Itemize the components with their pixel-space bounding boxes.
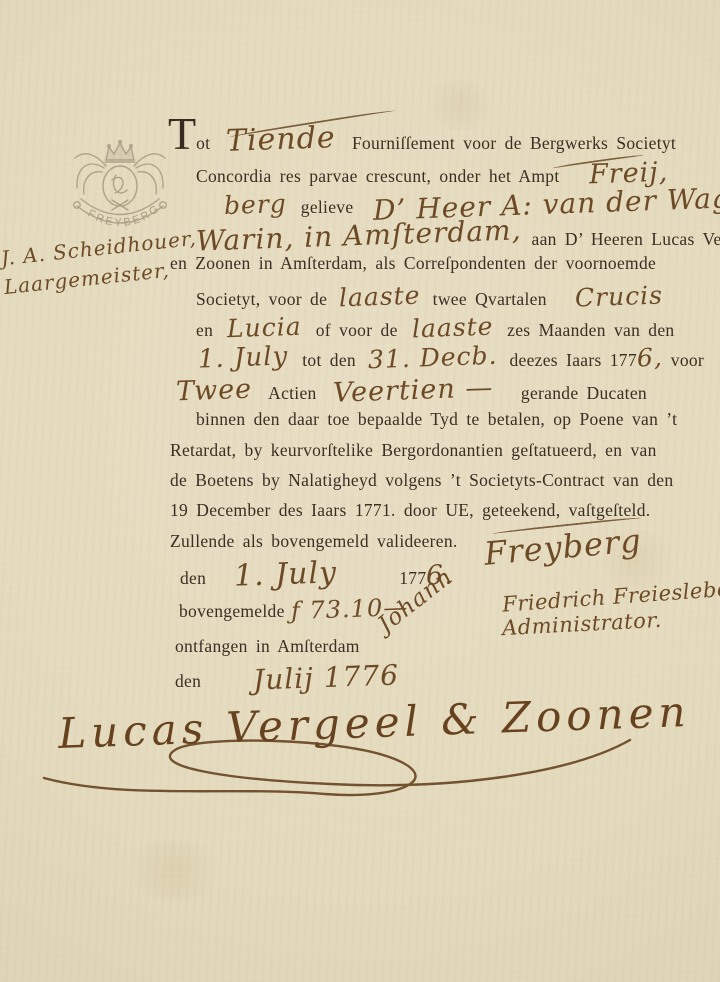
scanned-historical-document: { "colors": { "paper": "#e4dabd", "print… [0,0,720,982]
text-line-11: Retardat, by keurvorſtelike Bergordonant… [170,440,657,460]
printed-text: bovengemelde [179,601,285,621]
text-line-7: en Lucia of voor de laaste zes Maanden v… [196,314,674,343]
handwritten-entry: Lucia [227,313,303,344]
printed-text: den [180,568,206,588]
text-line-5: en Zoonen in Amſterdam, als Correſponden… [170,253,656,273]
printed-text: gerande Ducaten [521,383,647,403]
handwritten-entry: berg [224,190,288,221]
signature-flourish [30,722,650,832]
printed-text: 19 December des Iaars 1771. door UE, get… [170,500,650,520]
printed-text: en Zoonen in Amſterdam, als Correſponden… [170,253,656,273]
printed-text: ot [196,133,210,153]
text-line-10: binnen den daar toe bepaalde Tyd te beta… [196,409,677,429]
handwritten-entry: 6, [636,344,663,374]
receipt-dateline: den Julij 1776 [175,662,399,694]
printed-text: voor [671,350,704,370]
printed-text: deezes Iaars 177 [509,350,636,370]
printed-text: zes Maanden van den [507,320,674,340]
printed-text: Fourniſſement voor de Bergwerks Societyt [352,133,676,153]
handwritten-entry: Twee [175,374,252,408]
handwritten-date: 1. July [234,556,338,594]
text-line-14: Zullende als bovengemeld valideeren. [170,531,458,551]
printed-text: Zullende als bovengemeld valideeren. [170,531,458,551]
printed-text: twee Qvartalen [433,289,547,309]
printed-text: Societyt, voor de [196,289,327,309]
text-line-12: de Boetens by Nalatigheyd volgens ’t Soc… [170,470,673,490]
handwritten-entry: laaste [411,313,493,345]
drop-cap: T [168,116,196,153]
printed-text: ontfangen in Amſterdam [175,636,360,656]
handwritten-amount: ƒ 73.10— [290,594,408,626]
text-line-4: Warin, in Amſterdam, aan D’ Heeren Lucas… [196,220,720,252]
printed-text: gelieve [301,197,354,217]
printed-text: aan D’ Heeren Lucas Vergeel [532,229,720,249]
printed-text: Concordia res parvae crescunt, onder het… [196,166,559,186]
handwritten-entry: laaste [339,282,421,314]
printed-text: Actien [268,383,316,403]
handwritten-entry: 31. Decb. [368,342,498,375]
received-line: ontfangen in Amſterdam [175,636,360,656]
printed-text: of voor de [316,320,398,340]
handwritten-entry: 1. July [198,342,289,375]
printed-text: den [175,671,201,691]
text-line-1: Tot Tiende Fourniſſement voor de Bergwer… [168,116,676,158]
handwritten-entry: Warin, in Amſterdam, [196,214,522,258]
text-line-6: Societyt, voor de laaste twee Qvartalen … [196,283,663,312]
printed-text: Retardat, by keurvorſtelike Bergordonant… [170,440,657,460]
printed-text: de Boetens by Nalatigheyd volgens ’t Soc… [170,470,673,490]
text-line-13: 19 December des Iaars 1771. door UE, get… [170,500,650,520]
handwritten-entry: Crucis [574,281,663,313]
printed-text: en [196,320,213,340]
text-line-9: Twee Actien Veertien — gerande Ducaten [176,375,647,406]
text-line-8: 1. July tot den 31. Decb. deezes Iaars 1… [198,344,704,374]
handwritten-entry: Tiende [226,121,337,159]
handwritten-receipt-date: Julij 1776 [253,659,400,696]
amount-line: bovengemelde ƒ 73.10— [179,596,408,624]
printed-text: binnen den daar toe bepaalde Tyd te beta… [196,409,677,429]
text-line-2: Concordia res parvae crescunt, onder het… [196,158,669,189]
handwritten-entry: Veertien — [332,372,493,409]
printed-text: tot den [302,350,356,370]
